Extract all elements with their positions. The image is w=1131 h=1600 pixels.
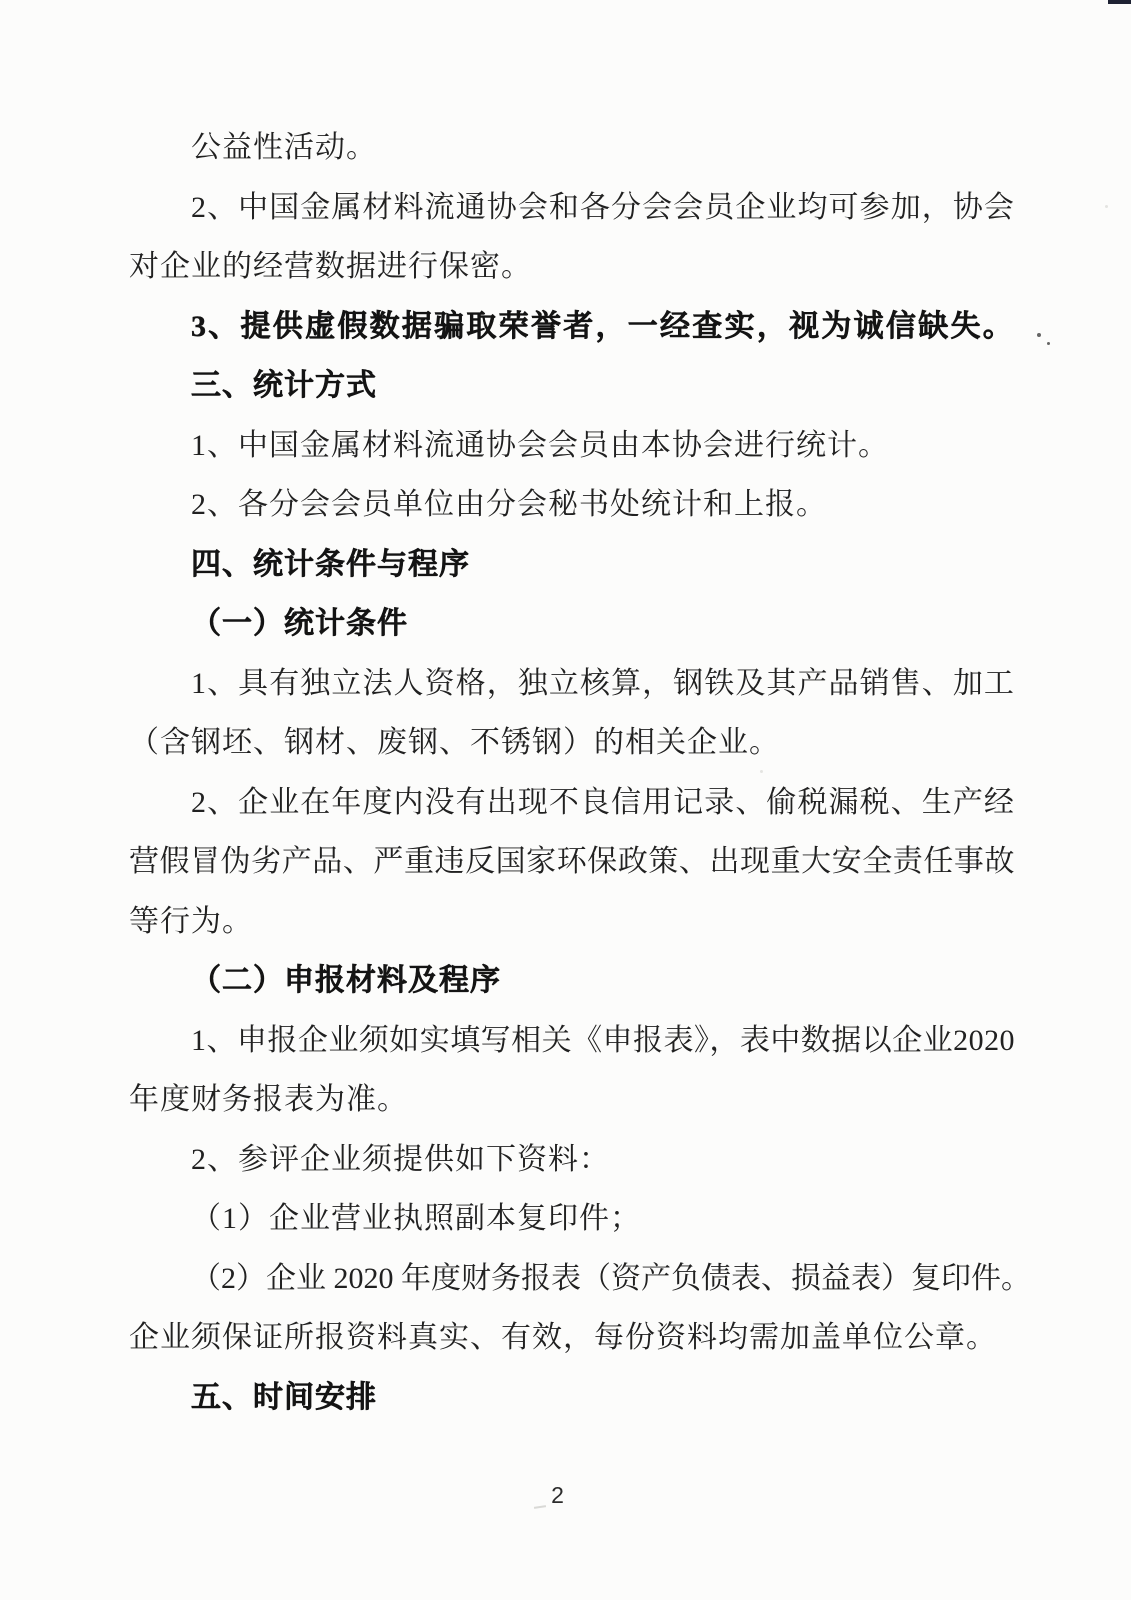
doc-text-line: 企业须保证所报资料真实、有效，每份资料均需加盖单位公章。 bbox=[129, 1308, 1015, 1368]
doc-heading-line: （一）统计条件 bbox=[129, 594, 1015, 654]
doc-text-line: 1、申报企业须如实填写相关《申报表》，表中数据以企业2020 bbox=[129, 1011, 1015, 1071]
doc-text-line: 2、中国金属材料流通协会和各分会会员企业均可参加，协会 bbox=[129, 178, 1015, 238]
doc-text-line: 1、中国金属材料流通协会会员由本协会进行统计。 bbox=[129, 416, 1015, 476]
scanned-document-page: 公益性活动。2、中国金属材料流通协会和各分会会员企业均可参加，协会对企业的经营数… bbox=[0, 0, 1131, 1600]
page-number: 2 bbox=[0, 1482, 1115, 1509]
doc-text-line: 2、企业在年度内没有出现不良信用记录、偷税漏税、生产经 bbox=[129, 773, 1015, 833]
scan-speck bbox=[1105, 205, 1108, 208]
doc-text-line: 对企业的经营数据进行保密。 bbox=[129, 237, 1015, 297]
doc-text-line: 2、参评企业须提供如下资料： bbox=[129, 1130, 1015, 1190]
doc-text-line: （2）企业 2020 年度财务报表（资产负债表、损益表）复印件。 bbox=[129, 1249, 1015, 1309]
doc-heading-line: 3、提供虚假数据骗取荣誉者，一经查实，视为诚信缺失。 bbox=[129, 297, 1015, 357]
doc-text-line: （含钢坯、钢材、废钢、不锈钢）的相关企业。 bbox=[129, 713, 1015, 773]
scan-speck bbox=[760, 770, 763, 773]
doc-text-line: 2、各分会会员单位由分会秘书处统计和上报。 bbox=[129, 475, 1015, 535]
doc-heading-line: 三、统计方式 bbox=[129, 356, 1015, 416]
scan-noise-dot bbox=[1047, 342, 1050, 345]
document-body: 公益性活动。2、中国金属材料流通协会和各分会会员企业均可参加，协会对企业的经营数… bbox=[129, 118, 1015, 1427]
doc-heading-line: （二）申报材料及程序 bbox=[129, 951, 1015, 1011]
doc-text-line: 营假冒伪劣产品、严重违反国家环保政策、出现重大安全责任事故 bbox=[129, 832, 1015, 892]
doc-text-line: 年度财务报表为准。 bbox=[129, 1070, 1015, 1130]
scan-edge-artifact bbox=[1108, 0, 1131, 4]
doc-text-line: （1）企业营业执照副本复印件； bbox=[129, 1189, 1015, 1249]
doc-text-line: 公益性活动。 bbox=[129, 118, 1015, 178]
doc-text-line: 等行为。 bbox=[129, 892, 1015, 952]
scan-noise-dot bbox=[1037, 333, 1041, 337]
doc-text-line: 1、具有独立法人资格，独立核算，钢铁及其产品销售、加工 bbox=[129, 654, 1015, 714]
doc-heading-line: 五、时间安排 bbox=[129, 1368, 1015, 1428]
doc-heading-line: 四、统计条件与程序 bbox=[129, 535, 1015, 595]
